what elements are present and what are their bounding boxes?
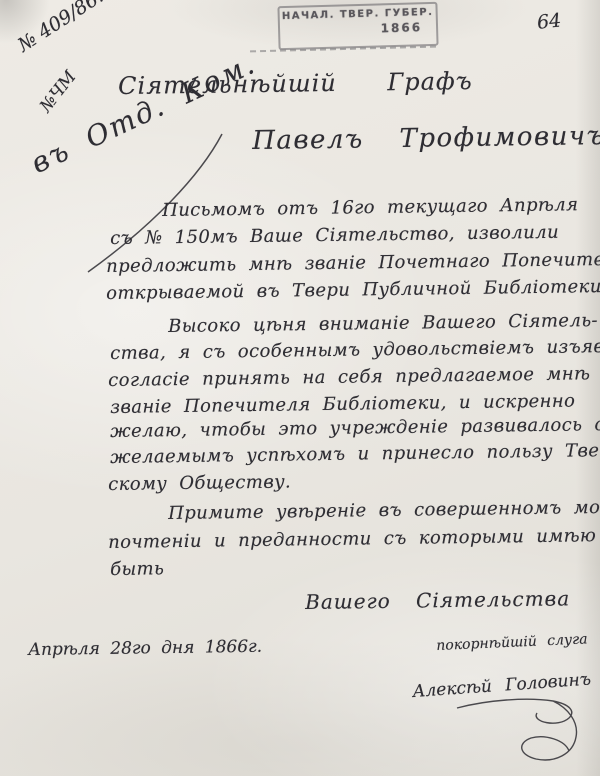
letter-line: желаемымъ успѣхомъ и принесло пользу Тве… — [110, 440, 600, 468]
valediction-line: покорнѣйшій слуга — [436, 631, 588, 654]
folio-number: 64 — [536, 9, 562, 33]
letter-line: скому Обществу. — [108, 471, 291, 495]
letter-line: почтеніи и преданности съ которыми имѣю … — [108, 524, 600, 553]
letter-line: ства, я съ особеннымъ удовольствіемъ изъ… — [110, 336, 600, 364]
stamp-year: 1866 — [280, 20, 436, 38]
letter-line: Письмомъ отъ 16го текущаго Апрѣля — [162, 194, 579, 221]
letter-line: согласіе принять на себя предлагаемое мн… — [108, 363, 590, 391]
closing-line: Вашего Сіятельства — [305, 586, 570, 614]
registry-number: № 409/86. — [14, 0, 107, 56]
registry-scribble: №ЧМ — [36, 67, 80, 116]
receiving-stamp: НАЧАЛ. ТВЕР. ГУБЕР. 1866 — [277, 2, 438, 50]
letter-line: Высоко цѣня вниманіе Вашего Сіятель- — [168, 310, 598, 337]
letter-line: Примите увѣреніе въ совершенномъ моемъ — [168, 496, 600, 524]
date-line: Апрѣля 28го дня 1866г. — [28, 637, 262, 660]
salutation-line-2: Павелъ Трофимовичъ ! — [252, 120, 600, 156]
letter-scan-page: № 409/86. №ЧМ НАЧАЛ. ТВЕР. ГУБЕР. 1866 6… — [0, 0, 600, 776]
letter-line: желаю, чтобы это учрежденіе развивалось … — [110, 414, 600, 442]
signature-flourish — [455, 692, 590, 767]
letter-line: открываемой въ Твери Публичной Библіотек… — [106, 276, 600, 304]
letter-line: званіе Попечителя Библіотеки, и искренно — [110, 391, 575, 418]
letter-line: быть — [110, 558, 164, 580]
